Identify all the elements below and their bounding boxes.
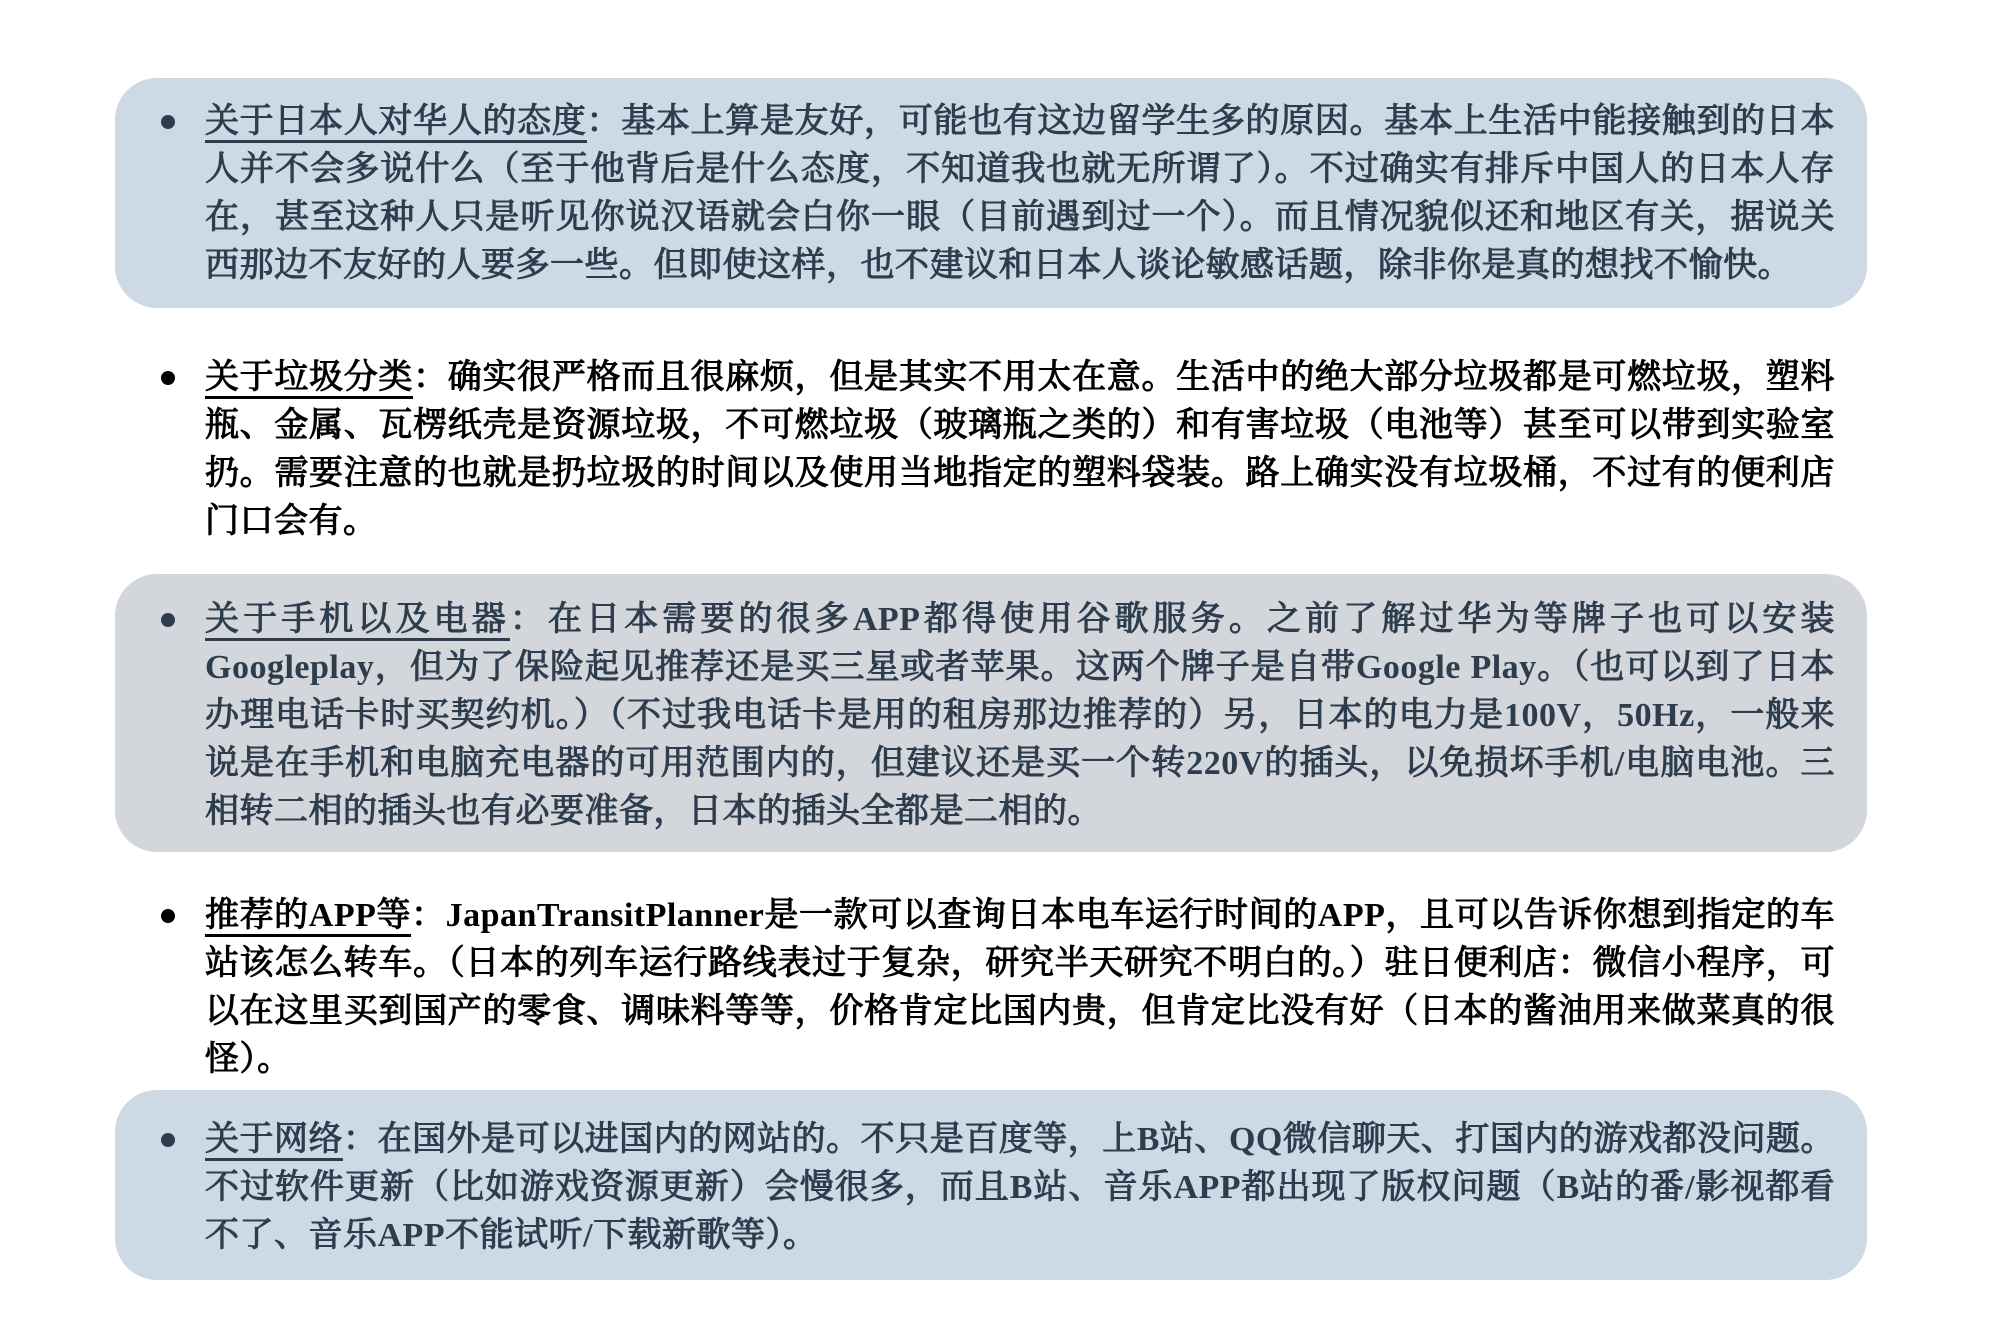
note-title: 关于垃圾分类 [205, 359, 413, 399]
note-card-phones-electronics: 关于手机以及电器：在日本需要的很多APP都得使用谷歌服务。之前了解过华为等牌子也… [115, 574, 1867, 852]
notes-list: 关于日本人对华人的态度：基本上算是友好，可能也有这边留学生多的原因。基本上生活中… [115, 78, 1867, 1280]
note-body: ：在国外是可以进国内的网站的。不只是百度等，上B站、QQ微信聊天、打国内的游戏都… [205, 1121, 1835, 1254]
note-item-garbage-sorting: 关于垃圾分类：确实很严格而且很麻烦，但是其实不用太在意。生活中的绝大部分垃圾都是… [115, 354, 1867, 546]
note-title: 推荐的APP等 [205, 897, 411, 937]
note-body: ：确实很严格而且很麻烦，但是其实不用太在意。生活中的绝大部分垃圾都是可燃垃圾，塑… [205, 359, 1835, 540]
note-title: 关于日本人对华人的态度 [205, 103, 587, 143]
note-text: 推荐的APP等：JapanTransitPlanner是一款可以查询日本电车运行… [205, 892, 1835, 1084]
note-body: ：JapanTransitPlanner是一款可以查询日本电车运行时间的APP，… [205, 897, 1835, 1078]
note-item-recommended-apps: 推荐的APP等：JapanTransitPlanner是一款可以查询日本电车运行… [115, 892, 1867, 1084]
note-title: 关于网络 [205, 1121, 343, 1161]
note-title: 关于手机以及电器 [205, 601, 510, 641]
note-text: 关于手机以及电器：在日本需要的很多APP都得使用谷歌服务。之前了解过华为等牌子也… [205, 596, 1835, 836]
bullet-icon [161, 909, 175, 923]
note-card-japanese-attitude: 关于日本人对华人的态度：基本上算是友好，可能也有这边留学生多的原因。基本上生活中… [115, 78, 1867, 308]
bullet-icon [161, 1133, 175, 1147]
note-card-internet: 关于网络：在国外是可以进国内的网站的。不只是百度等，上B站、QQ微信聊天、打国内… [115, 1090, 1867, 1280]
bullet-icon [161, 371, 175, 385]
note-text: 关于网络：在国外是可以进国内的网站的。不只是百度等，上B站、QQ微信聊天、打国内… [205, 1116, 1835, 1260]
document-page: 关于日本人对华人的态度：基本上算是友好，可能也有这边留学生多的原因。基本上生活中… [0, 0, 2000, 1333]
bullet-icon [161, 115, 175, 129]
bullet-icon [161, 613, 175, 627]
note-text: 关于日本人对华人的态度：基本上算是友好，可能也有这边留学生多的原因。基本上生活中… [205, 98, 1835, 290]
note-text: 关于垃圾分类：确实很严格而且很麻烦，但是其实不用太在意。生活中的绝大部分垃圾都是… [205, 354, 1835, 546]
